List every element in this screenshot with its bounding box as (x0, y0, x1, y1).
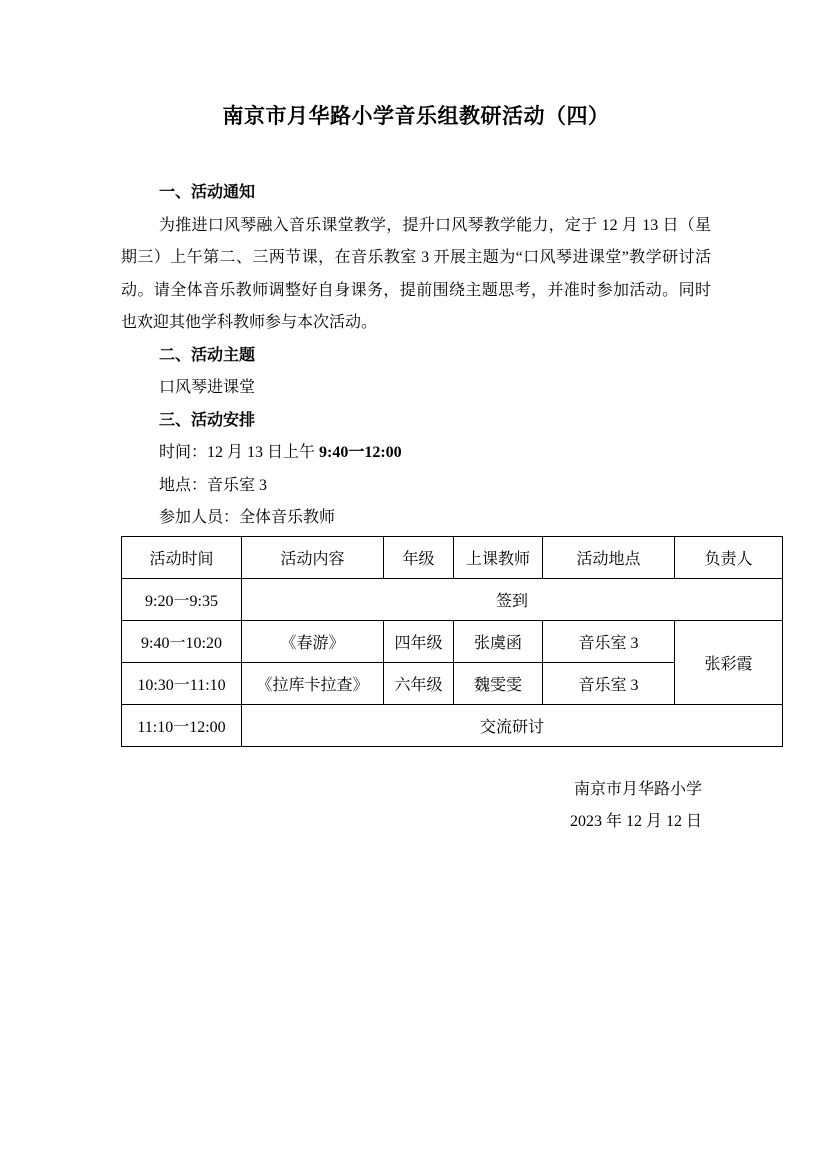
header-teacher: 上课教师 (454, 536, 543, 578)
notice-paragraph: 为推进口风琴融入音乐课堂教学，提升口风琴教学能力，定于 12 月 13 日（星期… (121, 210, 711, 340)
header-activity-time: 活动时间 (122, 536, 242, 578)
cell-signin-activity: 签到 (242, 578, 783, 620)
header-grade: 年级 (384, 536, 454, 578)
table-header-row: 活动时间 活动内容 年级 上课教师 活动地点 负责人 (122, 536, 783, 578)
signature-block: 南京市月华路小学 2023 年 12 月 12 日 (121, 774, 711, 839)
cell-lesson1-content: 《春游》 (242, 620, 384, 662)
cell-lesson1-grade: 四年级 (384, 620, 454, 662)
cell-lesson1-time: 9:40一10:20 (122, 620, 242, 662)
cell-discussion-time: 11:10一12:00 (122, 704, 242, 746)
cell-lesson2-time: 10:30一11:10 (122, 662, 242, 704)
time-range: 9:40一12:00 (319, 444, 402, 461)
header-activity-location: 活动地点 (543, 536, 675, 578)
theme-content: 口风琴进课堂 (121, 372, 711, 405)
arrangement-time-line: 时间：12 月 13 日上午 9:40一12:00 (121, 437, 711, 470)
cell-discussion-activity: 交流研讨 (242, 704, 783, 746)
cell-signin-time: 9:20一9:35 (122, 578, 242, 620)
cell-lesson2-grade: 六年级 (384, 662, 454, 704)
document-title: 南京市月华路小学音乐组教研活动（四） (121, 0, 711, 132)
table-row-discussion: 11:10一12:00 交流研讨 (122, 704, 783, 746)
section-heading-notice: 一、活动通知 (121, 177, 711, 210)
cell-lesson1-location: 音乐室 3 (543, 620, 675, 662)
signature-school: 南京市月华路小学 (121, 774, 702, 807)
table-row-signin: 9:20一9:35 签到 (122, 578, 783, 620)
cell-leader: 张彩霞 (675, 620, 783, 704)
schedule-table: 活动时间 活动内容 年级 上课教师 活动地点 负责人 9:20一9:35 签到 … (121, 536, 783, 747)
document-page: 南京市月华路小学音乐组教研活动（四） 一、活动通知 为推进口风琴融入音乐课堂教学… (0, 0, 827, 1170)
table-row-lesson-1: 9:40一10:20 《春游》 四年级 张虞函 音乐室 3 张彩霞 (122, 620, 783, 662)
cell-lesson2-location: 音乐室 3 (543, 662, 675, 704)
signature-date: 2023 年 12 月 12 日 (121, 806, 702, 839)
cell-lesson1-teacher: 张虞函 (454, 620, 543, 662)
section-heading-arrangement: 三、活动安排 (121, 405, 711, 438)
cell-lesson2-teacher: 魏雯雯 (454, 662, 543, 704)
header-activity-content: 活动内容 (242, 536, 384, 578)
arrangement-participants-line: 参加人员：全体音乐教师 (121, 502, 711, 535)
section-heading-theme: 二、活动主题 (121, 340, 711, 373)
header-leader: 负责人 (675, 536, 783, 578)
cell-lesson2-content: 《拉库卡拉查》 (242, 662, 384, 704)
time-label: 时间：12 月 13 日上午 (159, 444, 319, 461)
arrangement-location-line: 地点：音乐室 3 (121, 470, 711, 503)
